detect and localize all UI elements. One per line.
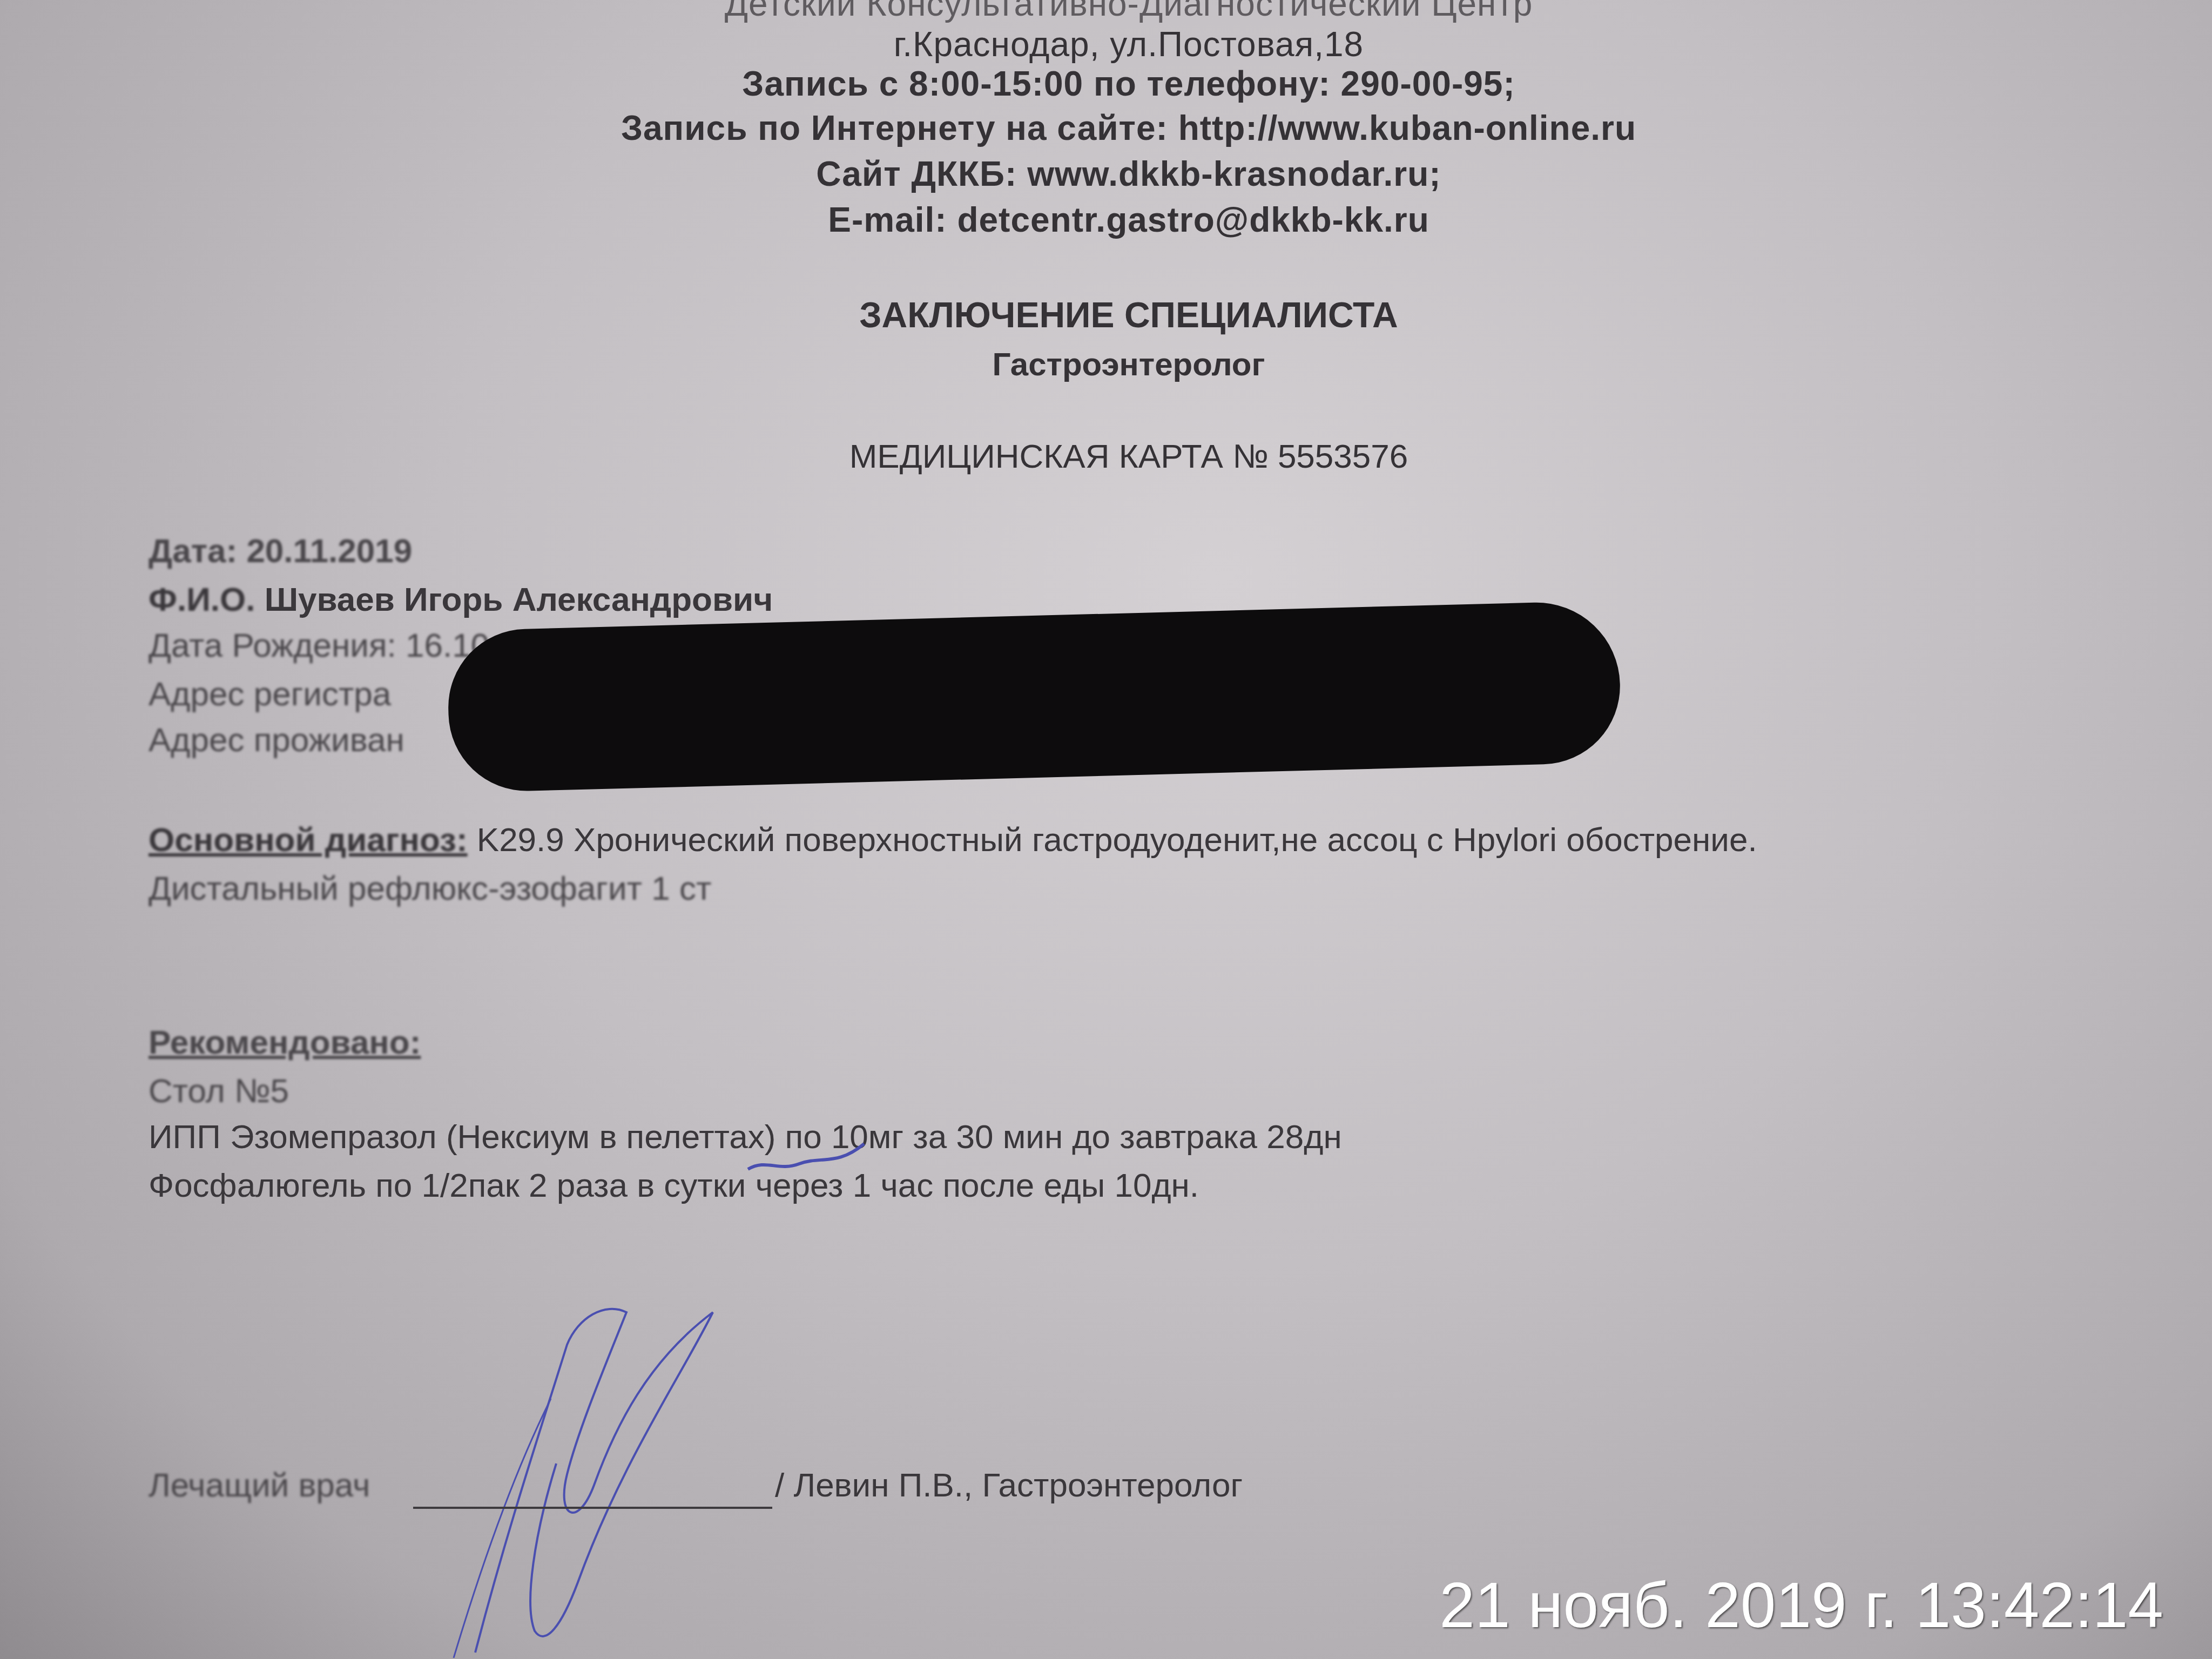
redaction-mark [446,601,1622,793]
date-label: Дата: [149,532,237,570]
internet-line: Запись по Интернету на сайте: http://www… [0,108,2212,148]
visit-date: Дата: 20.11.2019 [149,532,412,570]
email-line: E-mail: detcentr.gastro@dkkb-kk.ru [0,200,2212,240]
institution-name: Детский Консультативно-Диагностический Ц… [0,0,2212,24]
diagnosis-main: Основной диагноз: K29.9 Хронический пове… [149,821,1757,859]
recommendations-heading: Рекомендовано: [149,1024,421,1061]
recommendation-item: Фосфалюгель по 1/2пак 2 раза в сутки чер… [149,1166,1199,1205]
card-number: МЕДИЦИНСКАЯ КАРТА № 5553576 [0,437,2212,476]
document-title: ЗАКЛЮЧЕНИЕ СПЕЦИАЛИСТА [0,294,2212,335]
attending-doctor-label: Лечащий врач [149,1466,370,1505]
signature-icon [443,1301,767,1658]
institution-address: г.Краснодар, ул.Постовая,18 [0,24,2212,64]
diagnosis-label: Основной диагноз: [149,821,468,859]
doctor-name: / Левин П.В., Гастроэнтеролог [775,1466,1243,1505]
name-value: Шуваев Игорь Александрович [265,581,773,618]
name-label: Ф.И.О. [149,581,255,618]
site-line: Сайт ДККБ: www.dkkb-krasnodar.ru; [0,154,2212,194]
photo-timestamp: 21 нояб. 2019 г. 13:42:14 [1439,1569,2163,1642]
specialty: Гастроэнтеролог [0,346,2212,383]
registration-address-label: Адрес регистра [149,675,391,713]
date-value: 20.11.2019 [246,532,412,570]
scanned-document: Детский Консультативно-Диагностический Ц… [0,0,2212,1659]
pen-underline-mark [745,1139,875,1177]
patient-name: Ф.И.О. Шуваев Игорь Александрович [149,581,773,619]
birth-label: Дата Рождения: [149,627,396,664]
residence-address-label: Адрес проживан [149,721,404,759]
diagnosis-text: K29.9 Хронический поверхностный гастроду… [477,821,1757,859]
diagnosis-secondary: Дистальный рефлюкс-эзофагит 1 ст [149,869,711,908]
recommendations-label: Рекомендовано: [149,1023,421,1062]
signature-line [413,1507,772,1509]
recommendation-item: Стол №5 [149,1072,289,1110]
phone-line: Запись с 8:00-15:00 по телефону: 290-00-… [0,64,2212,104]
